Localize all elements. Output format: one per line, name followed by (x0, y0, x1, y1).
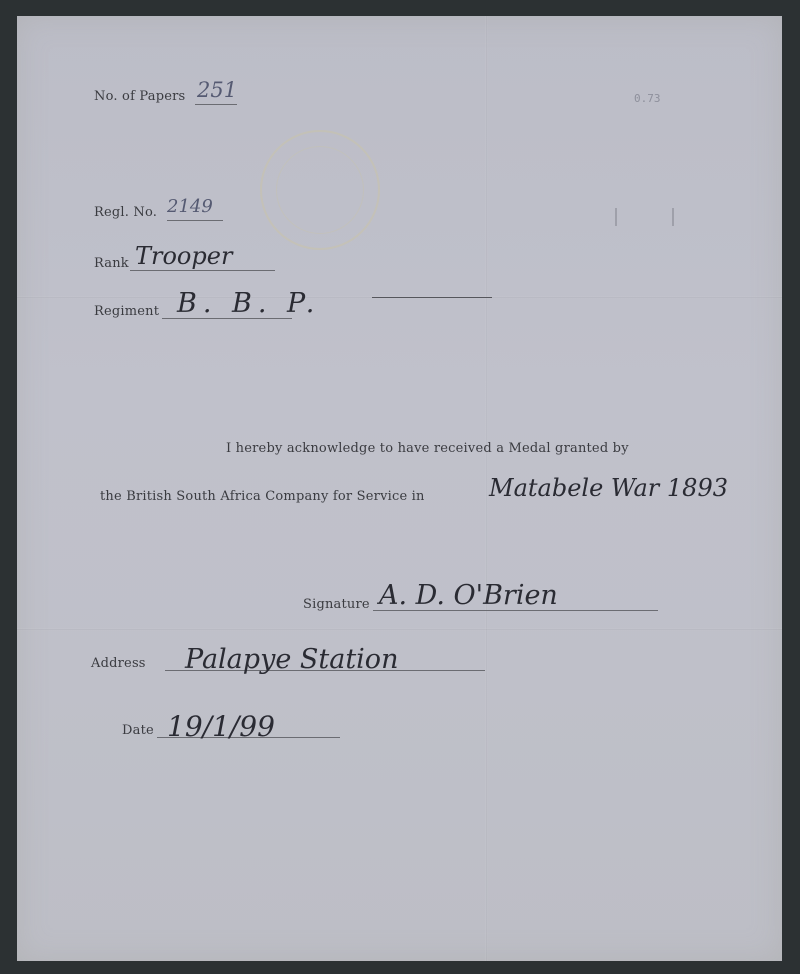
rank-rule (130, 270, 275, 271)
regl-no-value: 2149 (167, 196, 213, 217)
regiment-label: Regiment (94, 304, 159, 319)
signature-value: A. D. O'Brien (379, 580, 558, 611)
document-page: 0.73 No. of Papers 251 Regl. No. 2149 Ra… (17, 16, 782, 961)
regiment-value: B. B. P. (177, 288, 320, 319)
rank-value: Trooper (135, 242, 232, 270)
date-label: Date (122, 723, 154, 738)
acknowledgement-line-1: I hereby acknowledge to have received a … (226, 441, 629, 456)
acknowledgement-line-2: the British South Africa Company for Ser… (100, 489, 425, 504)
signature-label: Signature (303, 597, 370, 612)
fold-line-horizontal (17, 628, 782, 631)
regl-no-label: Regl. No. (94, 205, 157, 220)
no-of-papers-label: No. of Papers (94, 89, 185, 104)
address-label: Address (91, 656, 146, 671)
stray-pen-line (372, 297, 492, 298)
service-value: Matabele War 1893 (489, 474, 728, 502)
no-of-papers-rule (195, 104, 237, 105)
corner-reference-mark: 0.73 (634, 92, 661, 105)
no-of-papers-value: 251 (197, 78, 237, 102)
regl-no-rule (167, 220, 223, 221)
address-value: Palapye Station (185, 644, 398, 675)
postmark-stamp (260, 130, 380, 250)
date-value: 19/1/99 (167, 710, 275, 743)
fold-line-vertical (485, 16, 488, 961)
rank-label: Rank (94, 256, 129, 271)
faint-mark (615, 208, 674, 226)
